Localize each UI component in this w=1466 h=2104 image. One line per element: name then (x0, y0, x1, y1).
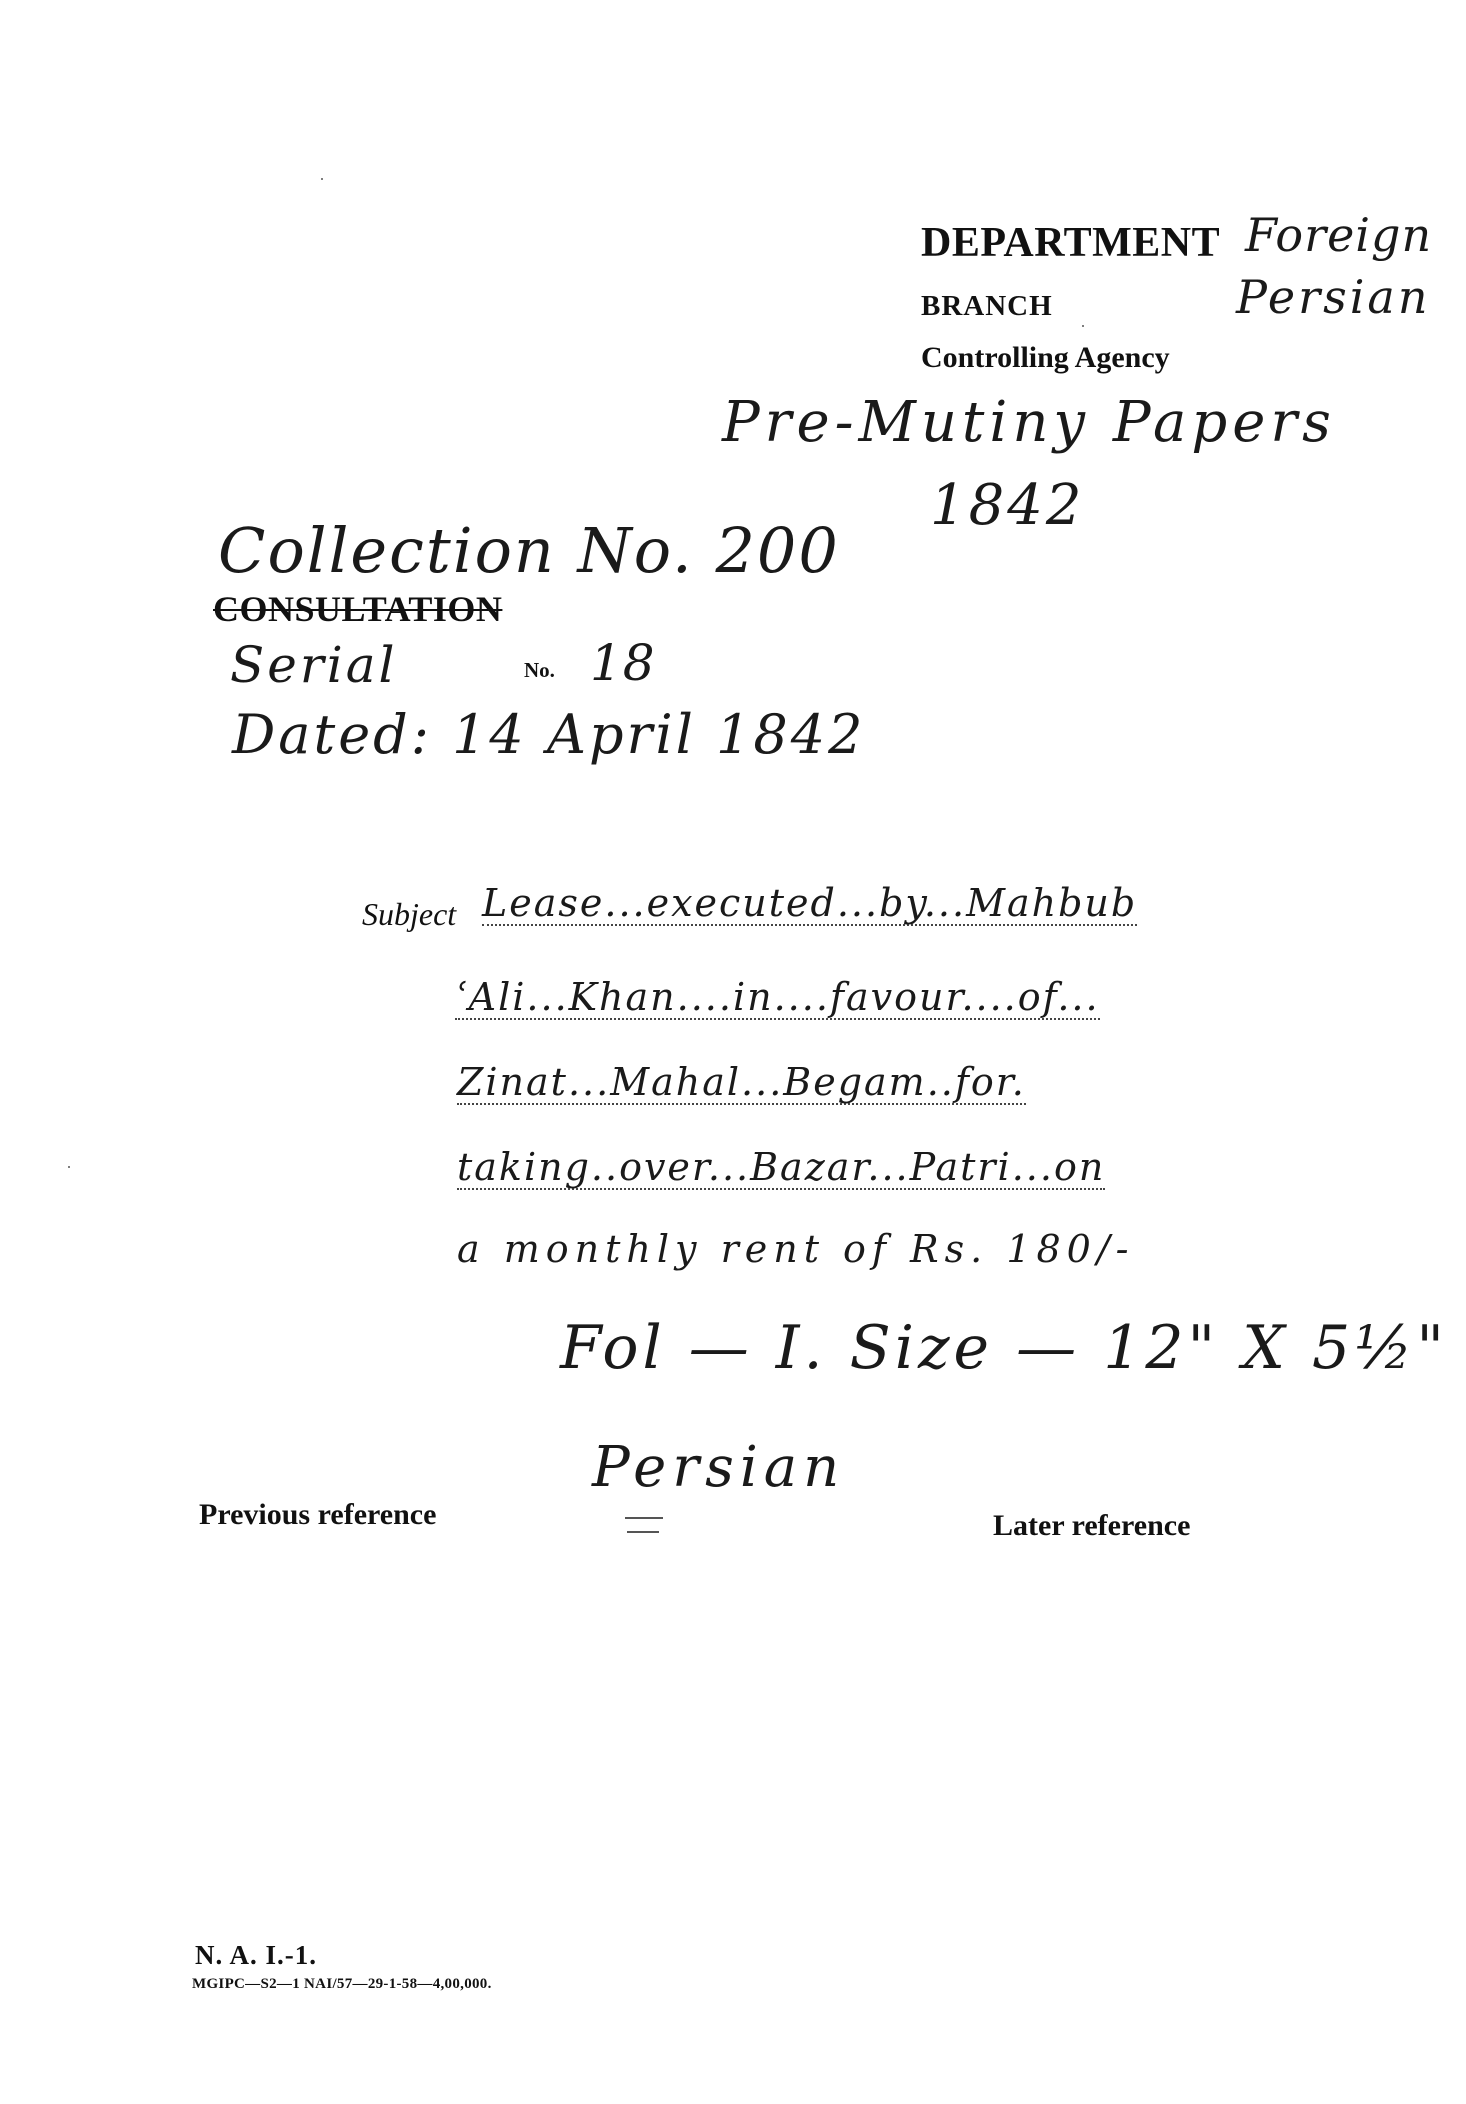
double-underline-mark (625, 1517, 663, 1519)
dated-value: Dated: 14 April 1842 (232, 708, 865, 762)
controlling-agency-value: Pre-Mutiny Papers (722, 395, 1336, 451)
branch-value: Persian (1236, 274, 1430, 320)
collection-number: Collection No. 200 (218, 520, 840, 582)
department-label: DEPARTMENT (921, 222, 1220, 264)
controlling-agency-year: 1842 (930, 478, 1085, 534)
consultation-label-text: CONSULTATION (213, 589, 502, 629)
scan-speck (321, 178, 323, 180)
later-reference-label: Later reference (993, 1511, 1190, 1541)
serial-value: 18 (590, 638, 656, 688)
serial-no-label: No. (524, 660, 555, 681)
subject-line: taking..over...Bazar...Patri...on (457, 1148, 1105, 1190)
folio-size-note: Fol — I. Size — 12" X 5½" (560, 1318, 1448, 1378)
scan-speck (68, 1166, 70, 1168)
controlling-agency-label: Controlling Agency (921, 343, 1170, 373)
previous-reference-label: Previous reference (199, 1500, 436, 1530)
subject-line: a monthly rent of Rs. 180/- (457, 1230, 1135, 1270)
branch-label: BRANCH (921, 292, 1053, 321)
double-underline-mark (627, 1531, 659, 1533)
subject-line: Zinat...Mahal...Begam..for. (457, 1063, 1026, 1105)
department-value: Foreign (1245, 212, 1432, 258)
subject-line: ʿAli...Khan....in....favour....of... (455, 978, 1100, 1020)
scan-speck (1082, 325, 1084, 327)
subject-label: Subject (362, 898, 456, 930)
subject-line: Lease...executed...by...Mahbub (482, 884, 1137, 926)
serial-label: Serial (230, 640, 398, 690)
language-note: Persian (592, 1440, 845, 1496)
printer-imprint: MGIPC—S2—1 NAI/57—29-1-58—4,00,000. (192, 1977, 492, 1992)
form-code: N. A. I.-1. (195, 1942, 317, 1969)
consultation-label: CONSULTATION (213, 591, 502, 627)
